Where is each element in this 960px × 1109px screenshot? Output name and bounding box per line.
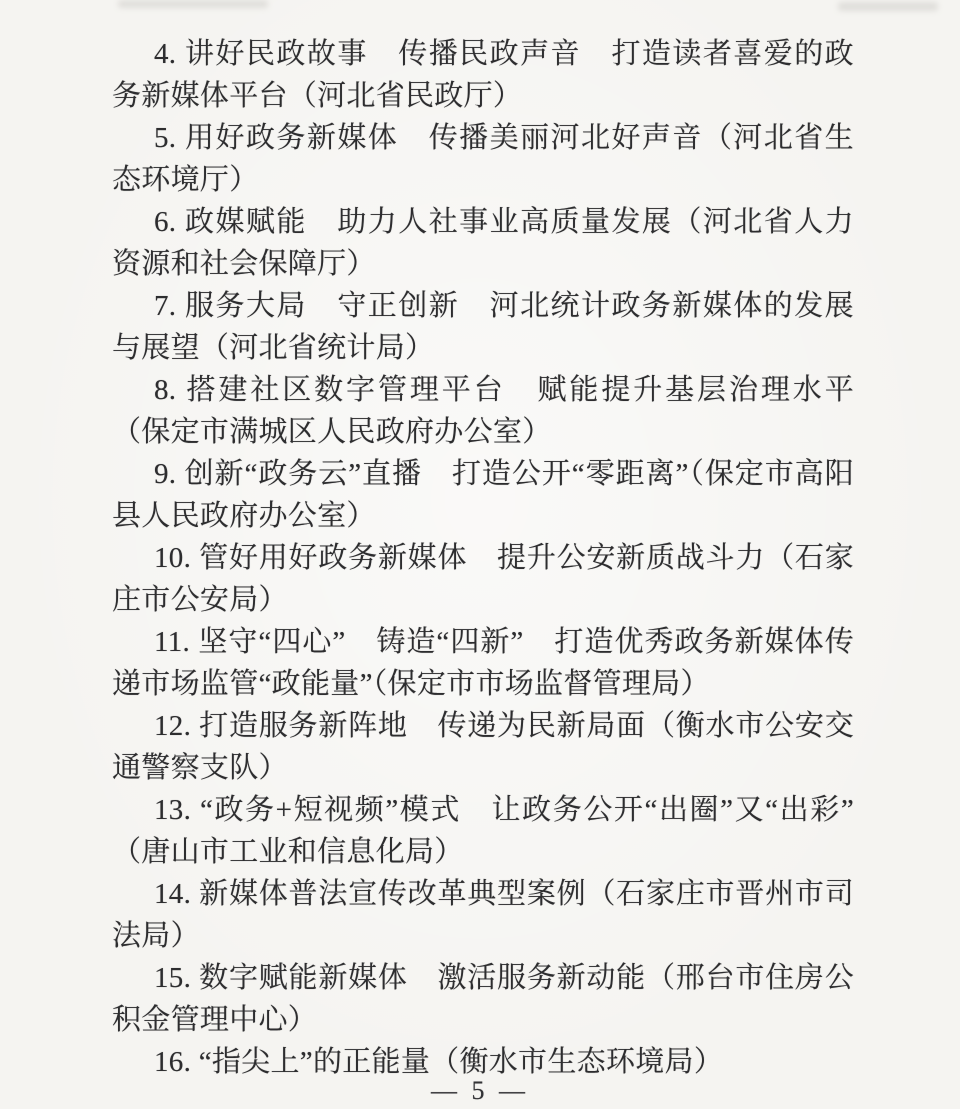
list-item-15: 15. 数字赋能新媒体 激活服务新动能（邢台市住房公积金管理中心）: [112, 957, 854, 1041]
scan-artifact-top-right: [838, 2, 938, 11]
list-item-9: 9. 创新“政务云”直播 打造公开“零距离”（保定市高阳县人民政府办公室）: [112, 453, 854, 537]
award-case-list: 4. 讲好民政故事 传播民政声音 打造读者喜爱的政务新媒体平台（河北省民政厅） …: [112, 33, 854, 1083]
list-item-4: 4. 讲好民政故事 传播民政声音 打造读者喜爱的政务新媒体平台（河北省民政厅）: [112, 33, 854, 117]
list-item-12: 12. 打造服务新阵地 传递为民新局面（衡水市公安交通警察支队）: [112, 705, 854, 789]
list-item-11: 11. 坚守“四心” 铸造“四新” 打造优秀政务新媒体传递市场监管“政能量”（保…: [112, 621, 854, 705]
list-item-14: 14. 新媒体普法宣传改革典型案例（石家庄市晋州市司法局）: [112, 873, 854, 957]
list-item-10: 10. 管好用好政务新媒体 提升公安新质战斗力（石家庄市公安局）: [112, 537, 854, 621]
list-item-6: 6. 政媒赋能 助力人社事业高质量发展（河北省人力资源和社会保障厅）: [112, 201, 854, 285]
list-item-5: 5. 用好政务新媒体 传播美丽河北好声音（河北省生态环境厅）: [112, 117, 854, 201]
page-number: — 5 —: [0, 1077, 960, 1105]
list-item-13: 13. “政务+短视频”模式 让政务公开“出圈”又“出彩”（唐山市工业和信息化局…: [112, 789, 854, 873]
list-item-7: 7. 服务大局 守正创新 河北统计政务新媒体的发展与展望（河北省统计局）: [112, 285, 854, 369]
scan-artifact-top-left: [118, 0, 268, 8]
list-item-8: 8. 搭建社区数字管理平台 赋能提升基层治理水平（保定市满城区人民政府办公室）: [112, 369, 854, 453]
